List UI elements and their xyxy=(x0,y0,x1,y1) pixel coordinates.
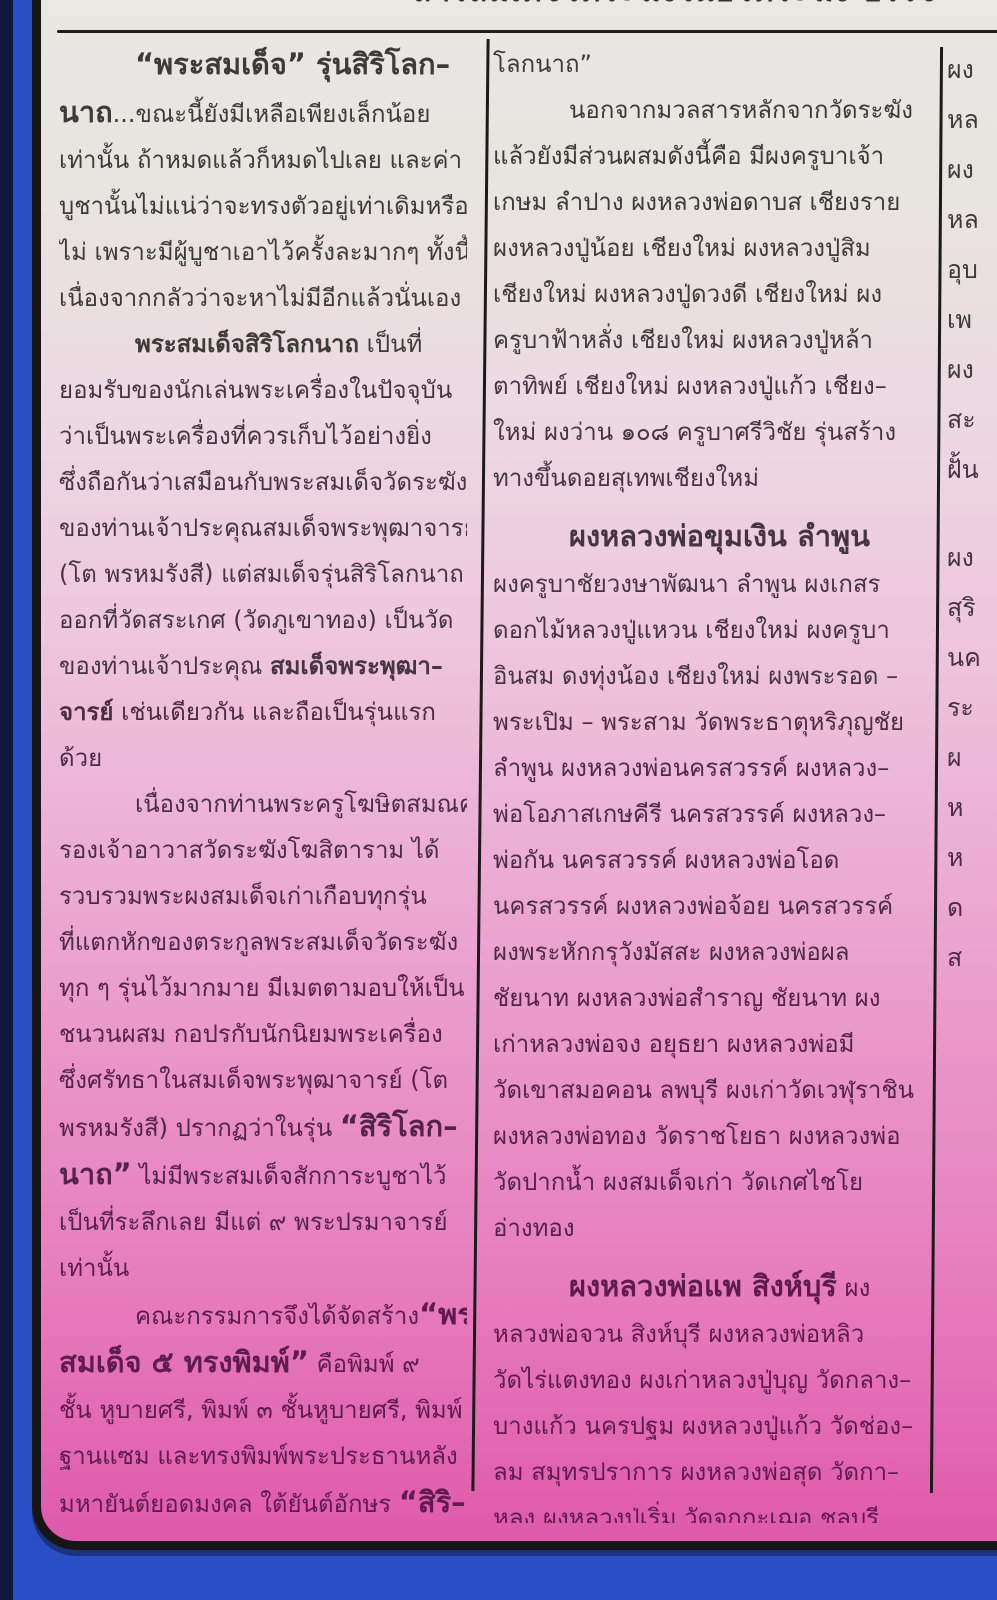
text-line: นาถ...ขณะนี้ยังมีเหลือเพียงเล็กน้อย xyxy=(59,89,467,137)
text-line: พ่อกัน นครสวรรค์ ผงหลวงพ่อโอด xyxy=(493,837,927,883)
text-line: ลำพูน ผงหลวงพ่อนครสวรรค์ ผงหลวง– xyxy=(493,745,927,791)
text-line: ซึ่งศรัทธาในสมเด็จพระพุฒาจารย์ (โต xyxy=(59,1057,467,1103)
text-line: ผ xyxy=(947,733,997,783)
text-line: ผงหลวงปู่น้อย เชียงใหม่ ผงหลวงปู่สิม xyxy=(493,225,927,271)
text-line: ผงหลวงพ่อทอง วัดราชโยธา ผงหลวงพ่อ xyxy=(493,1113,927,1159)
text-line: ว่าเป็นพระเครื่องที่ควรเก็บไว้อย่างยิ่ง xyxy=(59,413,467,459)
text-line: นครสวรรค์ ผงหลวงพ่อจ้อย นครสวรรค์ xyxy=(493,883,927,929)
text-line: เกษม ลำปาง ผงหลวงพ่อดาบส เชียงราย xyxy=(493,179,927,225)
text-line: ผง xyxy=(947,345,997,395)
text-line: เชียงใหม่ ผงหลวงปู่ดวงดี เชียงใหม่ ผง xyxy=(493,271,927,317)
text-line: นาถ” ไม่มีพระสมเด็จสักการะบูชาไว้ xyxy=(59,1151,467,1199)
text-line: เท่านั้น ถ้าหมดแล้วก็หมดไปเลย และค่า xyxy=(59,137,467,183)
text-line: เก่าหลวงพ่อจง อยุธยา ผงหลวงพ่อมี xyxy=(493,1021,927,1067)
text-line: ดอกไม้หลวงปู่แหวน เชียงใหม่ ผงครูบา xyxy=(493,607,927,653)
text-line: ครูบาฟ้าหลั่ง เชียงใหม่ ผงหลวงปู่หล้า xyxy=(493,317,927,363)
masthead-rule xyxy=(57,30,997,33)
text-line: ด xyxy=(947,883,997,933)
text-line: ยอมรับของนักเล่นพระเครื่องในปัจจุบัน xyxy=(59,367,467,413)
text-line: ผง xyxy=(947,145,997,195)
text-line: ที่แตกหักของตระกูลพระสมเด็จวัดระฆัง xyxy=(59,919,467,965)
text-line: หลวงพ่อจวน สิงห์บุรี ผงหลวงพ่อหลิว xyxy=(493,1311,927,1357)
text-line: ฝั้น xyxy=(947,445,997,495)
text-line: พ่อโอภาสเกษคีรี นครสวรรค์ ผงหลวง– xyxy=(493,791,927,837)
text-line: ชัยนาท ผงหลวงพ่อสำราญ ชัยนาท ผง xyxy=(493,975,927,1021)
text-line: ด้วย xyxy=(59,735,467,781)
text-line: สะ xyxy=(947,395,997,445)
text-line: ของท่านเจ้าประคุณสมเด็จพระพุฒาจารย์ xyxy=(59,505,467,551)
text-line: ผง xyxy=(947,45,997,95)
text-line: วัดเขาสมอคอน ลพบุรี ผงเก่าวัดเวฬุราชิน xyxy=(493,1067,927,1113)
text-line: สมเด็จ ๕ ทรงพิมพ์” คือพิมพ์ ๙ xyxy=(59,1339,467,1387)
scanned-newspaper-photo: { "page": { "kind": "newspaper-article-c… xyxy=(0,0,997,1600)
text-line: ผงครูบาชัยวงษาพัฒนา ลำพูน ผงเกสร xyxy=(493,561,927,607)
text-line: ผงพระหักกรุวังมัสสะ ผงหลวงพ่อผล xyxy=(493,929,927,975)
text-line: โลกนาถ” xyxy=(493,41,927,87)
text-line: แล้วยังมีส่วนผสมดังนี้คือ มีผงครูบาเจ้า xyxy=(493,133,927,179)
text-line: ฐานแซม และทรงพิมพ์พระประธานหลัง xyxy=(59,1433,467,1479)
text-line: ห xyxy=(947,833,997,883)
text-line: หล xyxy=(947,195,997,245)
text-line: อุบ xyxy=(947,245,997,295)
text-line: นอกจากมวลสารหลักจากวัดระฆัง xyxy=(493,87,927,133)
text-line: นค xyxy=(947,633,997,683)
text-line: ตาทิพย์ เชียงใหม่ ผงหลวงปู่แก้ว เชียง– xyxy=(493,363,927,409)
text-line: จารย์ เช่นเดียวกัน และถือเป็นรุ่นแรก xyxy=(59,689,467,735)
article-column-1: “พระสมเด็จ” รุ่นสิริโลก–นาถ...ขณะนี้ยังม… xyxy=(59,41,467,1523)
text-line: บางแก้ว นครปฐม ผงหลวงปู่แก้ว วัดช่อง– xyxy=(493,1403,927,1449)
text-line: ของท่านเจ้าประคุณ สมเด็จพระพุฒา– xyxy=(59,643,467,689)
column-divider xyxy=(471,39,489,1491)
article-column-2: โลกนาถ”นอกจากมวลสารหลักจากวัดระฆังแล้วยั… xyxy=(493,41,927,1523)
text-line: เพ xyxy=(947,295,997,345)
text-line: ทุก ๆ รุ่นไว้มากมาย มีเมตตามอบให้เป็น xyxy=(59,965,467,1011)
text-line: “พระสมเด็จ” รุ่นสิริโลก– xyxy=(59,41,467,89)
text-line: วัดไร่แตงทอง ผงเก่าหลวงปู่บุญ วัดกลาง– xyxy=(493,1357,927,1403)
text-line: ลม สมุทรปราการ ผงหลวงพ่อสุด วัดกา– xyxy=(493,1449,927,1495)
text-line: ห xyxy=(947,783,997,833)
text-line: ออกที่วัดสระเกศ (วัดภูเขาทอง) เป็นวัด xyxy=(59,597,467,643)
text-line: เนื่องจากกลัวว่าจะหาไม่มีอีกแล้วนั่นเอง xyxy=(59,275,467,321)
text-line: ส xyxy=(947,933,997,983)
text-line: อินสม ดงทุ่งน้อง เชียงใหม่ ผงพระรอด – xyxy=(493,653,927,699)
text-line: ผง xyxy=(947,533,997,583)
text-line: เท่านั้น xyxy=(59,1245,467,1291)
column-divider xyxy=(930,47,943,1493)
article-column-3-clipped: ผงหลผงหลอุบเพผงสะฝั้นผงสุรินคระผหหดส xyxy=(947,45,997,1515)
text-line: วัดปากน้ำ ผงสมเด็จเก่า วัดเกศไชโย xyxy=(493,1159,927,1205)
text-line: ผงหลวงพ่อขุมเงิน ลำพูน xyxy=(493,513,927,561)
text-line: รองเจ้าอาวาสวัดระฆังโฆสิตาราม ได้ xyxy=(59,827,467,873)
text-line: ซึ่งถือกันว่าเสมือนกับพระสมเด็จวัดระฆัง xyxy=(59,459,467,505)
photo-edge-shadow xyxy=(0,0,13,1600)
text-line: บูชานั้นไม่แน่ว่าจะทรงตัวอยู่เท่าเดิมหรื… xyxy=(59,183,467,229)
text-line: พระสมเด็จสิริโลกนาถ เป็นที่ xyxy=(59,321,467,367)
text-line: ไม่ เพราะมีผู้บูชาเอาไว้ครั้งละมากๆ ทั้ง… xyxy=(59,229,467,275)
text-line: สุริ xyxy=(947,583,997,633)
text-line: เนื่องจากท่านพระครูโฆษิตสมณคุณ xyxy=(59,781,467,827)
text-line: (โต พรหมรังสี) แต่สมเด็จรุ่นสิริโลกนาถ xyxy=(59,551,467,597)
text-line: ชั้น หูบายศรี, พิมพ์ ๓ ชั้นหูบายศรี, พิม… xyxy=(59,1387,467,1433)
text-line: ทางขึ้นดอยสุเทพเชียงใหม่ xyxy=(493,455,927,501)
newspaper-page: สารสมเด็จวัดระฆังในอวดระฆัง บรรจ “พระสมเ… xyxy=(32,0,997,1550)
text-line: ระ xyxy=(947,683,997,733)
text-line: ผงหลวงพ่อแพ สิงห์บุรี ผง xyxy=(493,1263,927,1311)
text-line: ใหม่ ผงว่าน ๑๐๘ ครูบาศรีวิชัย รุ่นสร้าง xyxy=(493,409,927,455)
text-line: คณะกรรมการจึงได้จัดสร้าง“พระ xyxy=(59,1291,467,1339)
text-line: รวบรวมพระผงสมเด็จเก่าเกือบทุกรุ่น xyxy=(59,873,467,919)
text-line: อ่างทอง xyxy=(493,1205,927,1251)
text-line: เป็นที่ระลึกเลย มีแต่ ๙ พระปรมาจารย์ xyxy=(59,1199,467,1245)
text-line: พรหมรังสี) ปรากฏว่าในรุ่น “สิริโลก– xyxy=(59,1103,467,1151)
text-line: หล xyxy=(947,95,997,145)
text-line: มหายันต์ยอดมงคล ใต้ยันต์อักษร “สิริ– xyxy=(59,1479,467,1523)
text-line: พระเปิม – พระสาม วัดพระธาตุหริภุญชัย xyxy=(493,699,927,745)
text-line: หลง ผงหลวงปู่เริ่ม วัดจุกกะเฌอ ชลบุรี xyxy=(493,1495,927,1523)
masthead-fragment-text: สารสมเด็จวัดระฆังในอวดระฆัง บรรจ xyxy=(413,0,937,15)
text-line: ชนวนผสม กอปรกับนักนิยมพระเครื่อง xyxy=(59,1011,467,1057)
